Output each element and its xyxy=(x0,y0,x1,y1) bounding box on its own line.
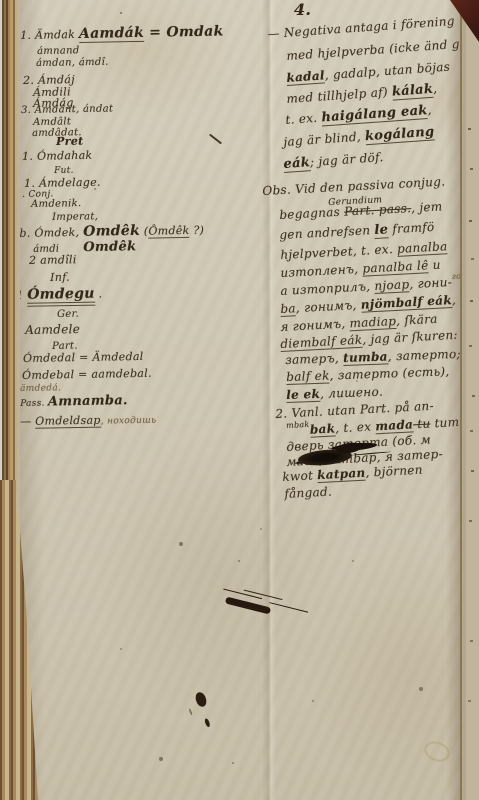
hw-text: Aamdele xyxy=(25,322,80,337)
hw-text-underlined: bak xyxy=(309,421,335,437)
hw-text: 1b. Ómdek, xyxy=(12,226,83,240)
manuscript-line: 1. Ómdahak xyxy=(22,149,93,163)
ink-blot xyxy=(225,597,271,615)
hw-text-underlined: le xyxy=(374,222,389,239)
manuscript-line: Pass. Amnamba. xyxy=(20,393,128,410)
manuscript-line: fångad. xyxy=(284,485,332,501)
manuscript-line: begagnas Part. pass., jem xyxy=(279,199,443,222)
hw-text: Ómdedal = Ämdedal xyxy=(23,350,144,365)
hw-text-underlined: madiap xyxy=(349,314,396,331)
manuscript-line: le ek, лишено. xyxy=(286,385,383,402)
hw-text: Omdêk xyxy=(83,223,140,240)
hw-text: , xyxy=(427,103,432,117)
hw-text-underlined: balf ek xyxy=(286,368,330,385)
hw-text-underlined: eák xyxy=(283,155,311,173)
hw-text: 1. Ämdak xyxy=(20,28,79,42)
hw-text: и xyxy=(428,258,441,273)
pen-stroke-mark xyxy=(209,134,222,145)
hw-text-underlined: le ek xyxy=(286,387,320,403)
hw-text: 2 amdîli xyxy=(29,253,77,267)
manuscript-line: ámnand xyxy=(37,45,80,57)
hw-text: Inf. xyxy=(50,271,70,284)
manuscript-line: Inf. xyxy=(50,271,70,284)
hw-text-underlined: katpan xyxy=(317,466,366,484)
hw-text: Fut. xyxy=(54,166,74,176)
manuscript-line: Ger. xyxy=(57,309,79,320)
hw-text: a изтоприлъ, xyxy=(280,279,375,298)
hw-text: ámdan, ámdî. xyxy=(36,57,109,69)
hw-text-underlined: Ômdêk xyxy=(148,224,189,239)
hw-text: , ſkära xyxy=(396,312,438,328)
manuscript-line: Amdenik. xyxy=(31,198,81,210)
hw-text: framfö xyxy=(388,220,435,236)
hw-text: Imperat, xyxy=(52,211,98,223)
manuscript-line: eák; jag är döf. xyxy=(283,150,384,172)
hw-text-struck: tu xyxy=(413,416,431,431)
hw-text: hjelpverbet, t. ex. xyxy=(280,242,397,262)
book-binding-edge-lower xyxy=(0,480,38,800)
hw-text: med hjelpverba (icke änd g. xyxy=(286,37,464,63)
hw-text-underlined: diembalf eák xyxy=(280,333,363,352)
next-page-edge xyxy=(460,0,479,800)
hw-text: , xyxy=(433,81,438,95)
manuscript-line: 1. Ámdelage. xyxy=(24,176,101,190)
hw-text: med tillhjelp af) xyxy=(286,85,392,106)
hw-text: Obs. Vid den passiva conjug. xyxy=(262,174,446,198)
hw-text-underlined: tumba xyxy=(343,349,388,366)
hw-text: ámnand xyxy=(37,45,80,57)
manuscript-line: balf ek, затерто (есть), xyxy=(286,364,450,384)
book-binding-edge xyxy=(0,0,20,800)
hw-text-underlined: panalba xyxy=(397,239,448,257)
hw-text-underlined: kadal xyxy=(286,68,325,86)
hw-text: ; jag är döf. xyxy=(310,150,384,169)
hw-text: ?) xyxy=(189,224,204,237)
hw-text: tumba xyxy=(430,414,475,430)
manuscript-line: Amdâlt xyxy=(33,116,71,128)
hw-text: я гонимъ, xyxy=(280,316,350,334)
manuscript-line: 1 Ómdegu . xyxy=(16,285,102,303)
manuscript-page-photo: 1. Ämdak Aamdák = Omdak ámnand ámdan, ám… xyxy=(0,0,479,800)
manuscript-line: ämdedá. xyxy=(20,383,61,394)
paper-stain xyxy=(300,540,479,800)
hw-text: , ноходишь xyxy=(101,416,157,427)
hw-text-underlined: Aamdák xyxy=(79,25,144,43)
hw-text: fångad. xyxy=(284,485,332,501)
hw-text: 1. Ómdahak xyxy=(22,149,93,163)
hw-text: , затерто (есть), xyxy=(329,364,449,382)
hw-text: Amdenik. xyxy=(31,198,81,210)
hw-text: = Omdak xyxy=(144,23,224,40)
hw-text: jag är blind, xyxy=(283,129,365,149)
manuscript-line: Pret xyxy=(56,135,84,148)
hw-text-underlined: njömbalf eák xyxy=(360,293,452,313)
hw-text-struck: Part. pass. xyxy=(344,201,412,218)
manuscript-line: gen andrefsen le framfö xyxy=(279,220,435,243)
manuscript-line: Ómdedal = Ämdedal xyxy=(23,350,144,365)
hw-text: begagnas xyxy=(279,205,345,222)
hw-text: — xyxy=(20,415,35,428)
hw-text: ämdedá. xyxy=(20,383,61,394)
hw-text: Pass. xyxy=(20,399,48,409)
hw-text: затеръ, xyxy=(285,351,343,367)
page-edge-shadow xyxy=(446,0,462,800)
manuscript-line: Imperat, xyxy=(52,211,98,223)
hw-text: , jag är ſkuren: xyxy=(362,328,458,347)
hw-text: Amdâlt xyxy=(33,116,71,128)
manuscript-line: Ómdebal = aamdebal. xyxy=(22,367,152,382)
manuscript-line: 1b. Ómdek, Omdêk (Ômdêk ?) xyxy=(12,222,204,241)
manuscript-line: Aamdele xyxy=(25,322,80,337)
manuscript-line: — Omdeldsap, ноходишь xyxy=(20,413,156,428)
hw-text: изтопленъ, xyxy=(280,262,363,280)
hw-text-superscript: mbak xyxy=(286,420,310,430)
hw-text: , затерто; tum- xyxy=(387,346,479,364)
manuscript-line: kadal, gadalp, utan böjas xyxy=(286,60,451,85)
hw-text-underlined: ba xyxy=(280,301,296,317)
hw-text: t. ex. xyxy=(285,110,322,126)
hw-text: Ger. xyxy=(57,309,79,320)
hw-text: , jem xyxy=(411,199,443,215)
hw-text: 4. xyxy=(294,0,311,19)
manuscript-line: med hjelpverba (icke änd g. xyxy=(286,37,464,63)
hw-text: Omdêk xyxy=(83,239,136,255)
hw-text: , t. ex xyxy=(335,419,376,435)
hw-text-underlined: kogálang xyxy=(364,124,434,145)
hw-text-underlined: panalba lê xyxy=(362,258,429,276)
hw-text-underlined: mada xyxy=(375,417,414,434)
manuscript-line: jag är blind, kogálang xyxy=(283,124,435,150)
hw-text: , gadalp, utan böjas xyxy=(324,60,450,83)
hw-text: kwot xyxy=(282,468,318,484)
page-number: 4. xyxy=(294,0,311,19)
manuscript-line: 1. Ämdak Aamdák = Omdak xyxy=(20,23,224,43)
hw-text-double-underlined: Ómdegu xyxy=(27,286,95,307)
hw-text: Amnamba. xyxy=(48,393,128,409)
hw-text: 3. Amdánt, ándat xyxy=(21,103,113,116)
hw-text: . xyxy=(95,287,103,300)
hw-text-underlined: njoap xyxy=(374,277,410,294)
paper-stain-ring xyxy=(422,738,453,765)
hw-text-underlined: Omdeldsap xyxy=(35,414,101,429)
next-page-text-specks xyxy=(468,128,471,130)
ink-blot xyxy=(194,691,209,709)
ink-speck xyxy=(120,12,122,14)
hw-text: , лишено. xyxy=(320,385,384,401)
manuscript-line: ámdan, ámdî. xyxy=(36,57,109,69)
hw-text: 1 xyxy=(16,289,27,302)
hw-text: Pret xyxy=(56,135,84,148)
hw-text-underlined: kálak xyxy=(391,82,433,101)
hw-text: , гонимъ, xyxy=(295,298,361,315)
manuscript-line: t. ex. haigálang eak, xyxy=(285,103,432,128)
hw-text-superscript: гонять xyxy=(451,270,479,281)
hw-text: , xyxy=(452,293,457,307)
hw-text: Ómdebal = aamdebal. xyxy=(22,367,152,382)
hw-text: , гони- xyxy=(409,275,452,291)
manuscript-line: Obs. Vid den passiva conjug. xyxy=(262,174,446,198)
manuscript-line: 2 amdîli xyxy=(29,253,77,267)
manuscript-line: 3. Amdánt, ándat xyxy=(21,103,113,116)
manuscript-line: Fut. xyxy=(54,166,74,176)
page-fold-crease xyxy=(262,0,276,800)
hw-text: gen andrefsen xyxy=(279,223,375,242)
hw-text: 1. Ámdelage. xyxy=(24,176,101,190)
hw-text: , björnen xyxy=(365,463,423,480)
hw-text-underlined: haigálang eak xyxy=(321,103,428,126)
